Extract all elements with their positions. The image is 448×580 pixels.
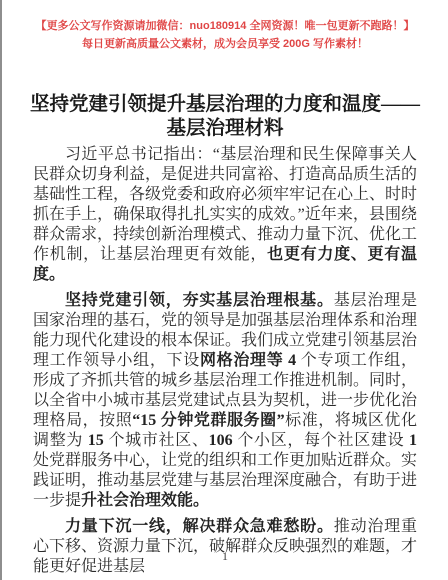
promo-line-2: 每日更新高质量公文素材，成为会员享受 200G 写作素材！ (2, 35, 448, 53)
bold-text-run: 力量下沉一线，解决群众急难愁盼。 (65, 518, 334, 535)
document-title: 坚持党建引领提升基层治理的力度和温度—— 基层治理材料 (20, 93, 430, 141)
bold-text-run: “15 分钟党群服务圈” (132, 412, 284, 429)
document-body: 习近平总书记指出：“基层治理和民生保障事关人民群众切身利益，是促进共同富裕、打造… (33, 145, 417, 577)
page-number: 1 (2, 549, 448, 564)
bold-text-run: 升社会治理效能。 (81, 492, 209, 509)
text-run: 个小区，每个社区建设 (233, 432, 409, 449)
bold-text-run: 106 (209, 432, 233, 449)
document-page: 【更多公文写作资源请加微信：nuo180914 全网资源！唯一包更新不跑路！】 … (0, 0, 448, 580)
paragraph-3: 力量下沉一线，解决群众急难愁盼。推动治理重心下移、资源力量下沉，破解群众反映强烈… (33, 517, 417, 577)
text-run: 个城市社区、 (104, 432, 209, 449)
promo-line-1: 【更多公文写作资源请加微信：nuo180914 全网资源！唯一包更新不跑路！】 (2, 17, 448, 35)
bold-text-run: 15 (88, 432, 104, 449)
paragraph-2: 坚持党建引领，夯实基层治理根基。基层治理是国家治理的基石，党的领导是加强基层治理… (33, 291, 417, 511)
title-line-1: 坚持党建引领提升基层治理的力度和温度—— (20, 93, 430, 117)
bold-text-run: 坚持党建引领，夯实基层治理根基。 (65, 292, 334, 309)
paragraph-1: 习近平总书记指出：“基层治理和民生保障事关人民群众切身利益，是促进共同富裕、打造… (33, 145, 417, 285)
title-line-2: 基层治理材料 (20, 117, 430, 141)
promo-banner: 【更多公文写作资源请加微信：nuo180914 全网资源！唯一包更新不跑路！】 … (2, 0, 448, 53)
bold-text-run: 网格治理等 4 (200, 352, 296, 369)
bold-text-run: 1 (409, 432, 417, 449)
